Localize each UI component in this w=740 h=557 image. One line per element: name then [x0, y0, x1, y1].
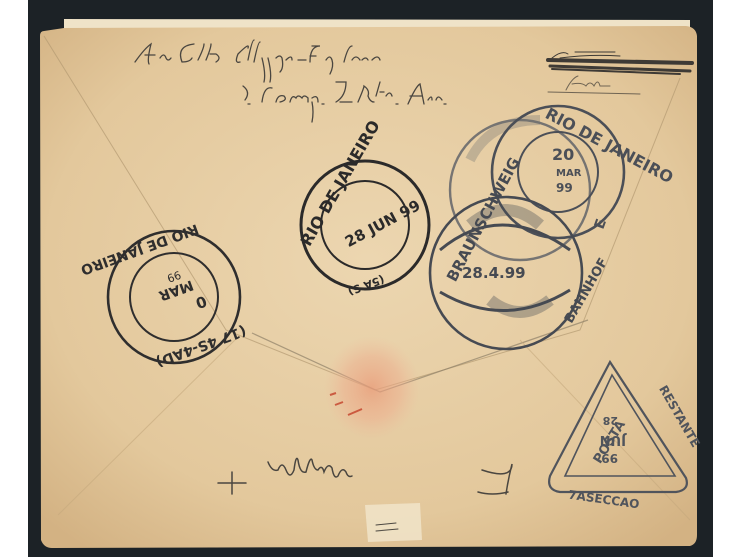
envelope-photo: . RIO DE JANEIRO 28 JUN 99 (5A S) 0 MAR: [0, 0, 740, 557]
svg-text:99: 99: [556, 181, 573, 195]
svg-text:28.4.99: 28.4.99: [462, 264, 526, 282]
svg-text:JUN: JUN: [600, 432, 627, 447]
svg-text:MAR: MAR: [556, 168, 582, 179]
svg-text:20: 20: [552, 145, 574, 164]
svg-text:28: 28: [603, 414, 618, 427]
svg-text:99: 99: [601, 451, 618, 465]
wax-seal-stain: [324, 336, 420, 440]
